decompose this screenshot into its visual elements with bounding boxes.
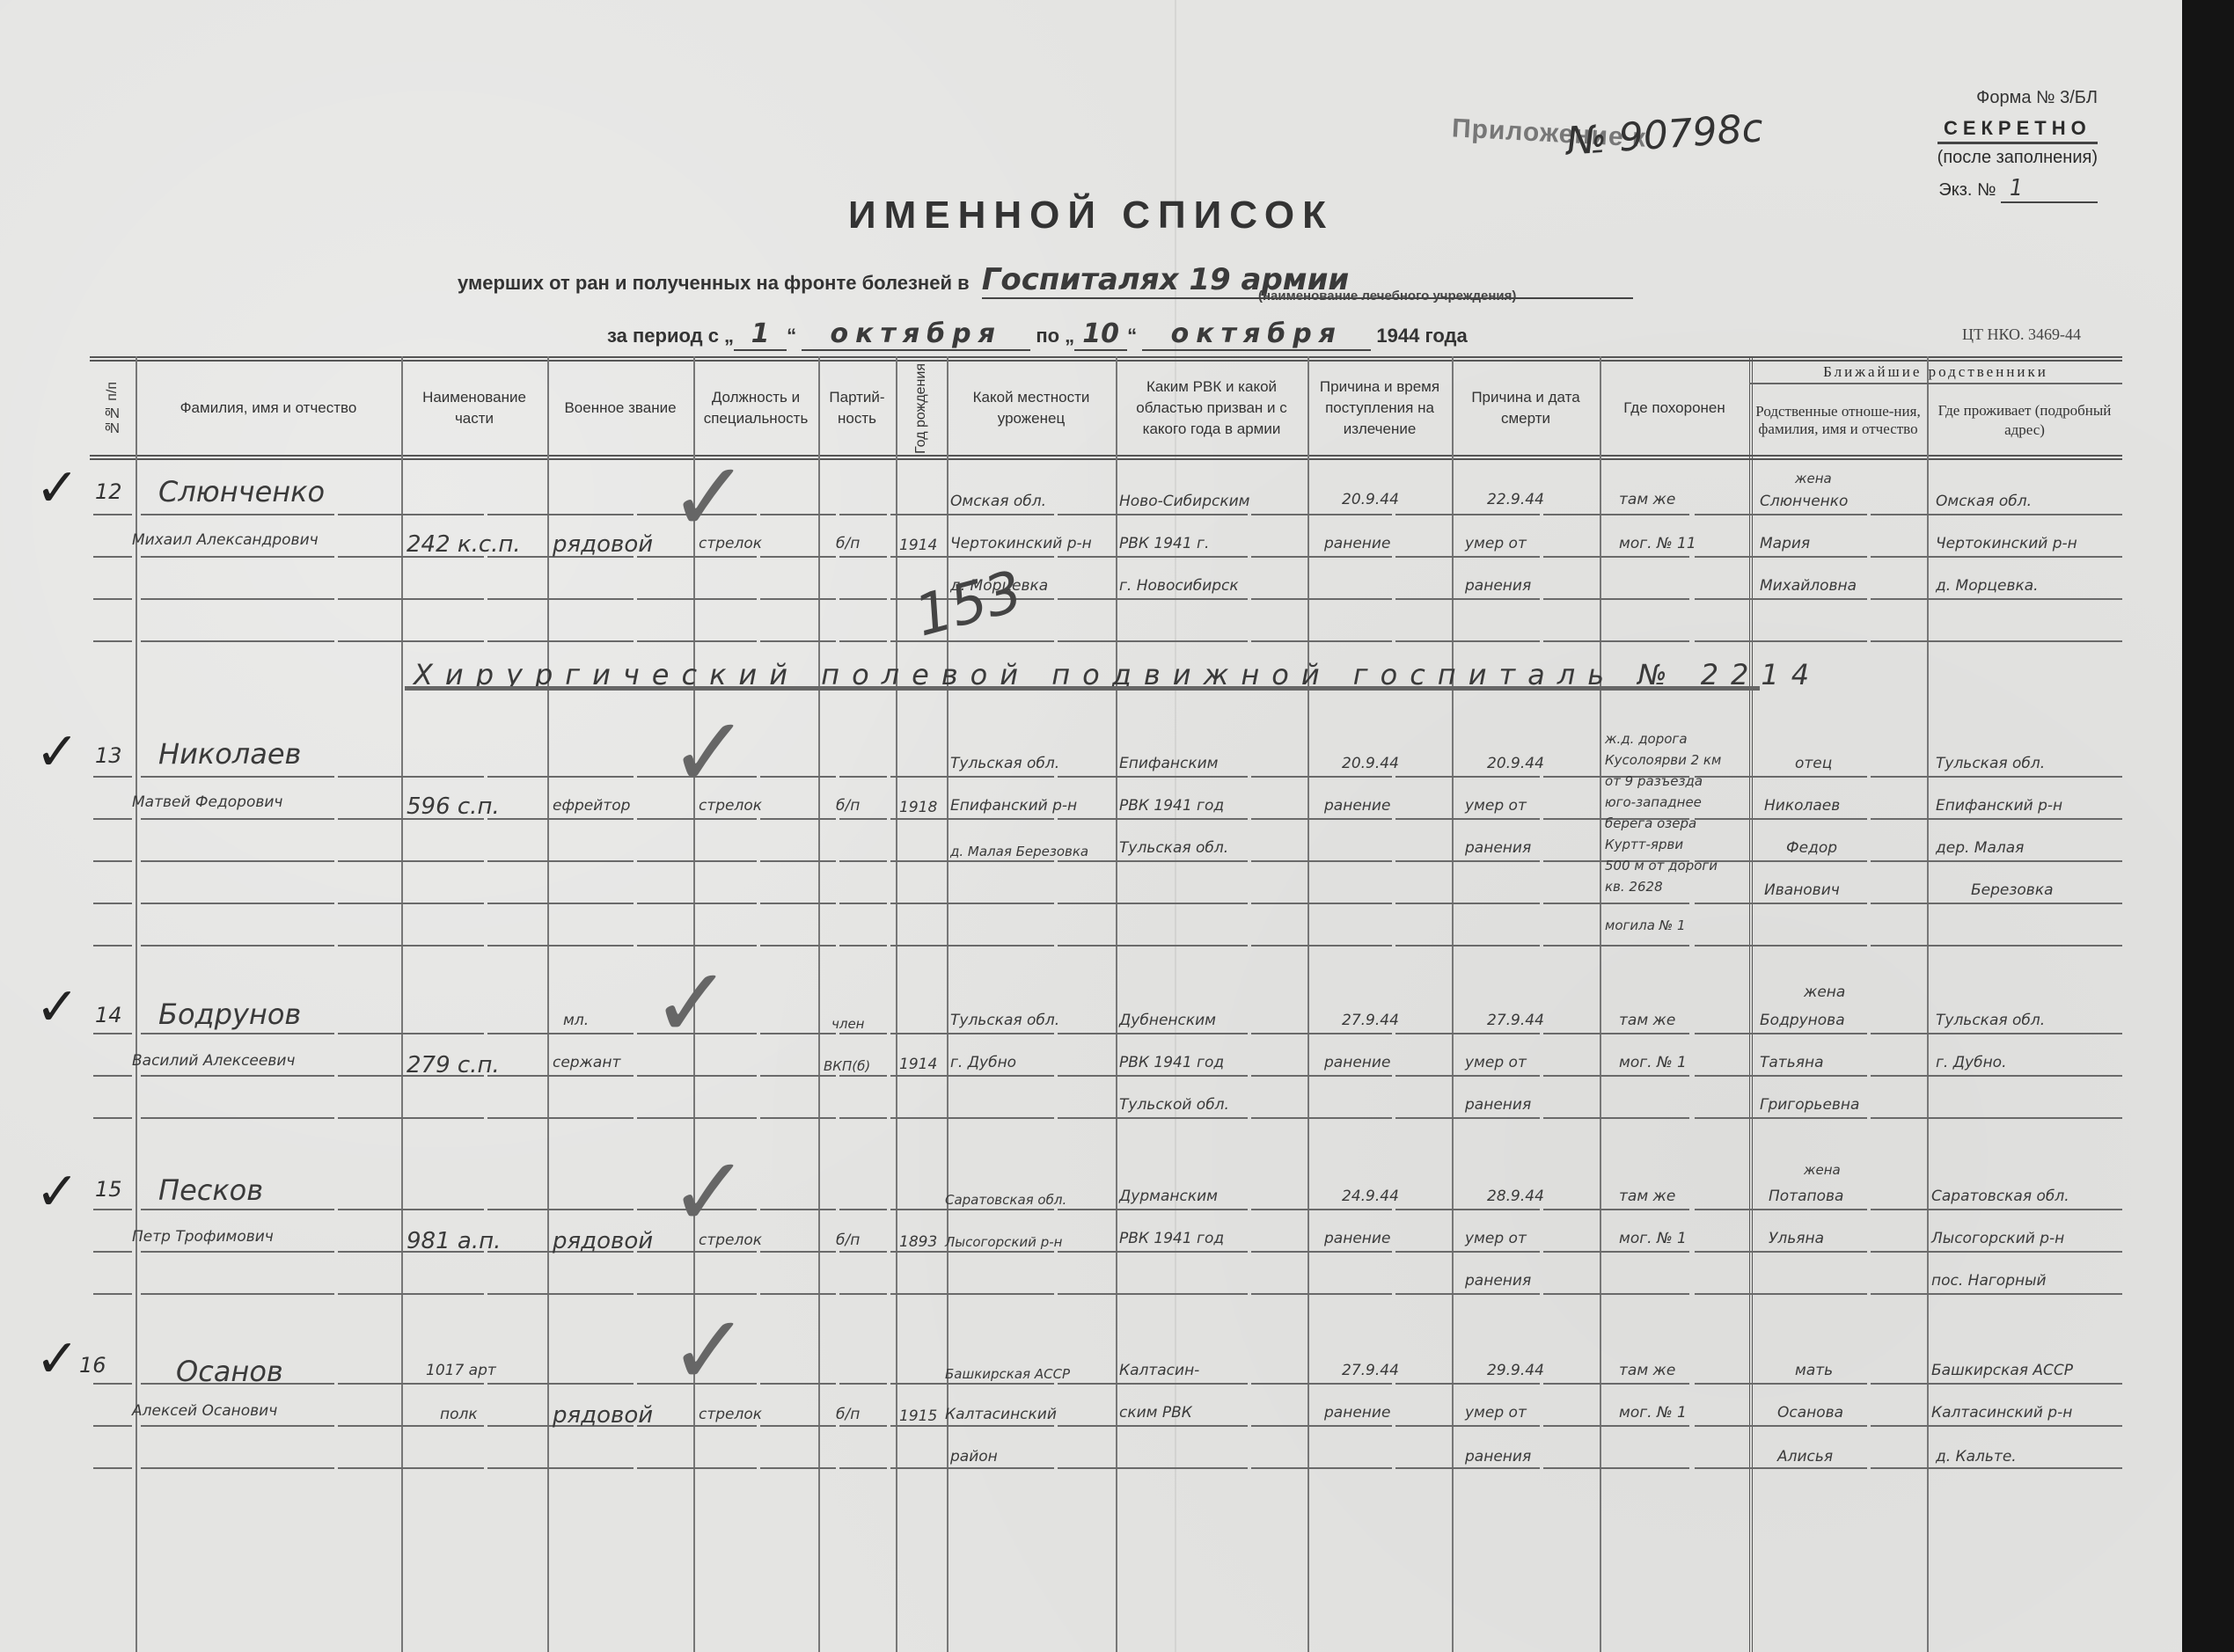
death-cause: умер от [1465, 1230, 1527, 1247]
ruled-line [1058, 903, 1248, 904]
ruled-line [1543, 1209, 1689, 1210]
ruled-line [839, 514, 887, 515]
admission-cause: ранение [1324, 535, 1390, 552]
ruled-line [1395, 776, 1540, 778]
admission-date: 20.9.44 [1342, 755, 1399, 772]
address-line: Березовка [1971, 881, 2054, 899]
admission-cause: ранение [1324, 1230, 1390, 1247]
ruled-line [760, 1467, 836, 1469]
row-number: 13 [95, 743, 122, 768]
burial-line: там же [1619, 1012, 1675, 1029]
ruled-line [1695, 860, 1867, 862]
birth-year: 1914 [899, 1056, 937, 1073]
report-period: за период с „1“ октября по „10“ октября … [607, 318, 1468, 351]
header-conscription: Каким РВК и какой областью призван и с к… [1116, 362, 1307, 455]
ruled-line [1871, 1425, 2122, 1427]
unit: 981 а.п. [407, 1228, 501, 1254]
burial-line: 500 м от дороги [1605, 855, 1718, 876]
header-name: Фамилия, имя и отчество [136, 362, 401, 455]
col-divider [818, 356, 820, 1652]
ruled-line [1871, 1293, 2122, 1295]
col-divider [1927, 356, 1929, 1652]
death-date: 27.9.44 [1487, 1012, 1544, 1029]
rank: рядовой [553, 1228, 653, 1254]
ruled-line [1695, 1383, 1867, 1385]
ruled-line [890, 1075, 1054, 1077]
ruled-line [760, 1033, 836, 1034]
ruled-line [1871, 556, 2122, 558]
period-to-label: по „ [1036, 325, 1074, 347]
ruled-line [1871, 1117, 2122, 1119]
ruled-line [760, 598, 836, 600]
ruled-line [1251, 776, 1392, 778]
ruled-line [1695, 1293, 1867, 1295]
ruled-line [1251, 1251, 1392, 1253]
ruled-line [1058, 514, 1248, 515]
ruled-line [1251, 1209, 1392, 1210]
surname: Бодрунов [158, 998, 301, 1031]
ruled-line [839, 818, 887, 820]
rank: рядовой [553, 531, 653, 558]
ruled-line [1058, 1209, 1248, 1210]
relative-line: Татьяна [1760, 1054, 1823, 1071]
ruled-line [1251, 1075, 1392, 1077]
ruled-line [93, 1033, 132, 1034]
admission-date: 27.9.44 [1342, 1362, 1399, 1379]
header-birth-year: Год рождения [896, 362, 947, 455]
birth-year: 1914 [899, 537, 937, 554]
relative-line: Михайловна [1760, 577, 1857, 595]
relative-relation: жена [1804, 983, 1845, 1001]
checkmark-icon: ✓ [669, 704, 750, 800]
ruled-line [93, 818, 132, 820]
ruled-line [141, 640, 334, 642]
ruled-line [760, 1117, 836, 1119]
ruled-line [760, 1425, 836, 1427]
ruled-line [1251, 1467, 1392, 1469]
ruled-line [1871, 776, 2122, 778]
row-number: 14 [95, 1003, 122, 1027]
death-cause: умер от [1465, 535, 1527, 552]
address-line: Калтасинский р-н [1931, 1404, 2072, 1422]
scan-edge [2182, 0, 2234, 1652]
ruled-line [1058, 640, 1248, 642]
death-cause: ранения [1465, 1448, 1531, 1466]
relative-line: Осанова [1777, 1404, 1843, 1422]
ruled-line [93, 514, 132, 515]
death-cause: ранения [1465, 1096, 1531, 1114]
ruled-line [1251, 1425, 1392, 1427]
ruled-line [1695, 1209, 1867, 1210]
address-line: Тульская обл. [1936, 1012, 2045, 1029]
ruled-line [1871, 945, 2122, 947]
ruled-line [839, 903, 887, 904]
col-divider [947, 356, 949, 1652]
header-address: Где проживает (подробный адрес) [1927, 386, 2122, 455]
burial-line: берега озера [1605, 813, 1696, 834]
ruled-line [141, 1425, 334, 1427]
address-line: Саратовская обл. [1931, 1188, 2069, 1205]
birthplace-line: Тульская обл. [950, 755, 1059, 772]
ruled-line [93, 903, 132, 904]
period-to-day: 10 [1074, 318, 1127, 351]
ruled-line [338, 945, 484, 947]
relative-relation: жена [1804, 1159, 1841, 1181]
ruled-line [1395, 1209, 1540, 1210]
ruled-line [141, 1293, 334, 1295]
col-divider [547, 356, 549, 1652]
ruled-line [637, 860, 757, 862]
ruled-line [1058, 556, 1248, 558]
ruled-line [760, 1293, 836, 1295]
attachment-number: № 90798с [1564, 106, 1764, 164]
ruled-line [1695, 903, 1867, 904]
ruled-line [760, 514, 836, 515]
admission-cause: ранение [1324, 797, 1390, 815]
ruled-line [1543, 1033, 1689, 1034]
conscription-line: Дурманским [1119, 1188, 1218, 1205]
ruled-line [890, 1117, 1054, 1119]
ruled-line [1395, 598, 1540, 600]
conscription-line: РВК 1941 год [1119, 1230, 1224, 1247]
rank-prefix: мл. [563, 1012, 589, 1029]
ruled-line [338, 1467, 484, 1469]
print-code: ЦТ НКО. 3469-44 [1962, 325, 2081, 344]
party-prefix: член [831, 1013, 865, 1034]
ruled-line [1395, 1383, 1540, 1385]
rank: ефрейтор [553, 797, 630, 815]
header-party: Партий-ность [818, 362, 896, 455]
surname: Песков [158, 1173, 263, 1207]
birth-year: 1918 [899, 799, 937, 816]
address-line: Чертокинский р-н [1936, 535, 2077, 552]
ruled-line [1395, 1251, 1540, 1253]
ruled-line [839, 1425, 887, 1427]
archive-mark: 153 [909, 559, 1029, 649]
ruled-line [141, 556, 334, 558]
ruled-line [93, 1251, 132, 1253]
ruled-line [1395, 903, 1540, 904]
death-date: 29.9.44 [1487, 1362, 1544, 1379]
death-cause: ранения [1465, 839, 1531, 857]
ruled-line [93, 1075, 132, 1077]
ruled-line [1058, 776, 1248, 778]
col-divider [1600, 356, 1601, 1652]
ruled-line [1543, 1383, 1689, 1385]
ruled-line [338, 776, 484, 778]
ruled-line [760, 1209, 836, 1210]
unit: 279 с.п. [407, 1052, 500, 1078]
ruled-line [637, 598, 757, 600]
relative-line: Алисья [1777, 1448, 1833, 1466]
party: б/п [836, 535, 860, 552]
relative-line: Николаев [1764, 797, 1840, 815]
col-divider [136, 356, 137, 1652]
col-divider [1116, 356, 1117, 1652]
ruled-line [1251, 945, 1392, 947]
ruled-line [141, 1251, 334, 1253]
surname: Слюнченко [158, 475, 325, 508]
ruled-line [1395, 640, 1540, 642]
ruled-line [338, 1293, 484, 1295]
ruled-line [1871, 1033, 2122, 1034]
ruled-line [1395, 1467, 1540, 1469]
ruled-line [1543, 514, 1689, 515]
birth-year: 1893 [899, 1233, 937, 1251]
ruled-line [839, 1209, 887, 1210]
given-names: Матвей Федорович [132, 793, 282, 811]
ruled-line [487, 1117, 634, 1119]
birthplace-line: Лысогорский р-н [945, 1232, 1062, 1253]
conscription-line: Калтасин- [1119, 1362, 1199, 1379]
address-line: Лысогорский р-н [1931, 1230, 2064, 1247]
ruled-line [890, 1293, 1054, 1295]
classification-label: СЕКРЕТНО [1937, 117, 2098, 144]
period-prefix: за период с „ [607, 325, 734, 347]
party: ВКП(б) [824, 1056, 870, 1077]
ruled-line [141, 514, 334, 515]
checkmark-icon: ✓ [651, 954, 732, 1051]
period-from-month: октября [802, 318, 1030, 351]
ruled-line [487, 598, 634, 600]
birthplace-line: Тульская обл. [950, 1012, 1059, 1029]
ruled-line [760, 903, 836, 904]
death-cause: ранения [1465, 1272, 1531, 1290]
ruled-line [637, 640, 757, 642]
institution-note: (наименование лечебного учреждения) [1258, 289, 1516, 303]
ruled-line [1395, 1117, 1540, 1119]
ruled-line [1695, 556, 1867, 558]
ruled-line [1695, 818, 1867, 820]
period-to-month: октября [1142, 318, 1371, 351]
subtitle-prefix: умерших от ран и полученных на фронте бо… [458, 272, 970, 294]
address-line: д. Кальтe. [1936, 1448, 2017, 1466]
burial-line: Куртт-ярви [1605, 834, 1683, 855]
ruled-line [487, 640, 634, 642]
checkmark-icon: ✓ [669, 1302, 750, 1399]
ruled-line [338, 903, 484, 904]
admission-date: 27.9.44 [1342, 1012, 1399, 1029]
conscription-line: Дубненским [1119, 1012, 1216, 1029]
ruled-line [637, 1251, 757, 1253]
relative-line: Иванович [1764, 881, 1840, 899]
ruled-line [839, 1251, 887, 1253]
ruled-line [839, 945, 887, 947]
ruled-line [1543, 903, 1689, 904]
ruled-line [141, 818, 334, 820]
ruled-line [839, 860, 887, 862]
header-burial: Где похоронен [1600, 362, 1749, 455]
ruled-line [487, 514, 634, 515]
form-number: Форма № 3/БЛ [1937, 88, 2098, 108]
ruled-line [93, 945, 132, 947]
death-date: 22.9.44 [1487, 491, 1544, 508]
unit-line: полк [440, 1406, 478, 1423]
address-line: дер. Малая [1936, 839, 2024, 857]
ruled-line [760, 945, 836, 947]
ruled-line [1695, 776, 1867, 778]
col-divider [1749, 356, 1753, 1652]
ruled-line [1251, 640, 1392, 642]
surname: Осанов [176, 1355, 283, 1388]
ruled-line [1543, 598, 1689, 600]
ruled-line [141, 945, 334, 947]
admission-date: 20.9.44 [1342, 491, 1399, 508]
ruled-line [890, 514, 1054, 515]
ruled-line [760, 776, 836, 778]
ruled-line [1695, 640, 1867, 642]
ruled-line [760, 860, 836, 862]
header-birth-year-label: Год рождения [911, 363, 932, 454]
ruled-line [637, 556, 757, 558]
row-number: 16 [79, 1353, 106, 1378]
relative-line: Федор [1786, 839, 1837, 857]
ruled-line [141, 1467, 334, 1469]
ruled-line [1058, 1383, 1248, 1385]
burial-line: ж.д. дорога [1605, 728, 1688, 749]
burial-line: мог. № 11 [1619, 535, 1696, 552]
address-line: Епифанский р-н [1936, 797, 2062, 815]
relative-line: Мария [1760, 535, 1810, 552]
birthplace-line: г. Дубно [950, 1054, 1016, 1071]
conscription-line: Тульской обл. [1119, 1096, 1229, 1114]
ruled-line [1695, 1075, 1867, 1077]
ruled-line [1871, 903, 2122, 904]
ruled-line [839, 556, 887, 558]
ruled-line [1058, 1425, 1248, 1427]
conscription-line: г. Новосибирск [1119, 577, 1239, 595]
conscription-line: Ново-Сибирским [1119, 493, 1249, 510]
ruled-line [637, 1075, 757, 1077]
margin-tick-icon: ✓ [35, 457, 79, 519]
ruled-line [1395, 1075, 1540, 1077]
ruled-line [1871, 1251, 2122, 1253]
ruled-line [1543, 1075, 1689, 1077]
ruled-line [338, 640, 484, 642]
burial-line: там же [1619, 491, 1675, 508]
unit: 596 с.п. [407, 793, 500, 820]
relative-line: Ульяна [1769, 1230, 1824, 1247]
ruled-line [1543, 1293, 1689, 1295]
address-line: д. Морцевка. [1936, 577, 2039, 595]
given-names: Алексей Осанович [132, 1402, 277, 1420]
ruled-line [1395, 1425, 1540, 1427]
conscription-line: ским РВК [1119, 1404, 1192, 1422]
burial-line: кв. 2628 [1605, 876, 1663, 897]
conscription-line: РВК 1941 год [1119, 1054, 1224, 1071]
margin-tick-icon: ✓ [35, 976, 79, 1038]
ruled-line [141, 903, 334, 904]
ruled-line [1543, 556, 1689, 558]
ruled-line [890, 1425, 1054, 1427]
party: б/п [836, 1232, 860, 1249]
conscription-line: Тульская обл. [1119, 839, 1228, 857]
burial-line: там же [1619, 1362, 1675, 1379]
ruled-line [93, 1209, 132, 1210]
conscription-line: РВК 1941 год [1119, 797, 1224, 815]
death-cause: умер от [1465, 1404, 1527, 1422]
checkmark-icon: ✓ [669, 1144, 750, 1240]
ruled-line [890, 945, 1054, 947]
relative-line: Бодрунова [1760, 1012, 1845, 1029]
admission-cause: ранение [1324, 1404, 1390, 1422]
header-unit: Наименование части [401, 362, 547, 455]
ruled-line [1395, 818, 1540, 820]
birthplace-line: Чертокинский р-н [950, 535, 1092, 552]
ruled-line [93, 1117, 132, 1119]
col-divider [896, 356, 897, 1652]
ruled-line [1871, 1467, 2122, 1469]
ruled-line [141, 1033, 334, 1034]
birthplace-line: д. Малая Березовка [950, 841, 1088, 862]
birthplace-line: Калтасинский [945, 1406, 1057, 1423]
margin-tick-icon: ✓ [35, 1161, 79, 1223]
header-death: Причина и дата смерти [1452, 362, 1600, 455]
ruled-line [1695, 1425, 1867, 1427]
birthplace-line: Епифанский р-н [950, 797, 1077, 815]
ruled-line [839, 598, 887, 600]
margin-tick-icon: ✓ [35, 721, 79, 783]
ruled-line [1058, 945, 1248, 947]
burial-line: мог. № 1 [1619, 1404, 1687, 1422]
ruled-line [1695, 1251, 1867, 1253]
ruled-line [1871, 818, 2122, 820]
ruled-line [1251, 1033, 1392, 1034]
ruled-line [1871, 1209, 2122, 1210]
header-relative: Родственные отноше-ния, фамилия, имя и о… [1749, 386, 1927, 455]
ruled-line [839, 1117, 887, 1119]
ruled-line [760, 1383, 836, 1385]
ruled-line [487, 818, 634, 820]
ruled-line [1251, 860, 1392, 862]
burial-line: мог. № 1 [1619, 1054, 1687, 1071]
address-line: Тульская обл. [1936, 755, 2045, 772]
ruled-line [93, 1293, 132, 1295]
ruled-line [487, 1033, 634, 1034]
ruled-line [1251, 514, 1392, 515]
ruled-line [1871, 1383, 2122, 1385]
ruled-line [637, 903, 757, 904]
relative-relation: отец [1795, 755, 1832, 772]
ruled-line [1251, 1117, 1392, 1119]
ruled-line [93, 776, 132, 778]
ruled-line [890, 640, 1054, 642]
address-line: г. Дубно. [1936, 1054, 2006, 1071]
ruled-line [338, 1033, 484, 1034]
header-num: №№ п/п [90, 362, 136, 455]
period-from-day: 1 [734, 318, 787, 351]
ruled-line [1871, 598, 2122, 600]
birthplace-line: район [950, 1448, 998, 1466]
death-date: 28.9.44 [1487, 1188, 1544, 1205]
relative-line: Слюнченко [1760, 493, 1848, 510]
ruled-line [890, 1033, 1054, 1034]
ruled-line [1395, 1293, 1540, 1295]
ruled-line [890, 903, 1054, 904]
ruled-line [1058, 1117, 1248, 1119]
ruled-line [141, 860, 334, 862]
ruled-line [1395, 514, 1540, 515]
ruled-line [1871, 860, 2122, 862]
position: стрелок [699, 1406, 762, 1423]
ruled-line [1543, 945, 1689, 947]
ruled-line [1058, 1075, 1248, 1077]
party: б/п [836, 1406, 860, 1423]
ruled-line [338, 598, 484, 600]
ruled-line [93, 1383, 132, 1385]
relative-line: Потапова [1769, 1188, 1843, 1205]
unit: 242 к.с.п. [407, 531, 521, 558]
